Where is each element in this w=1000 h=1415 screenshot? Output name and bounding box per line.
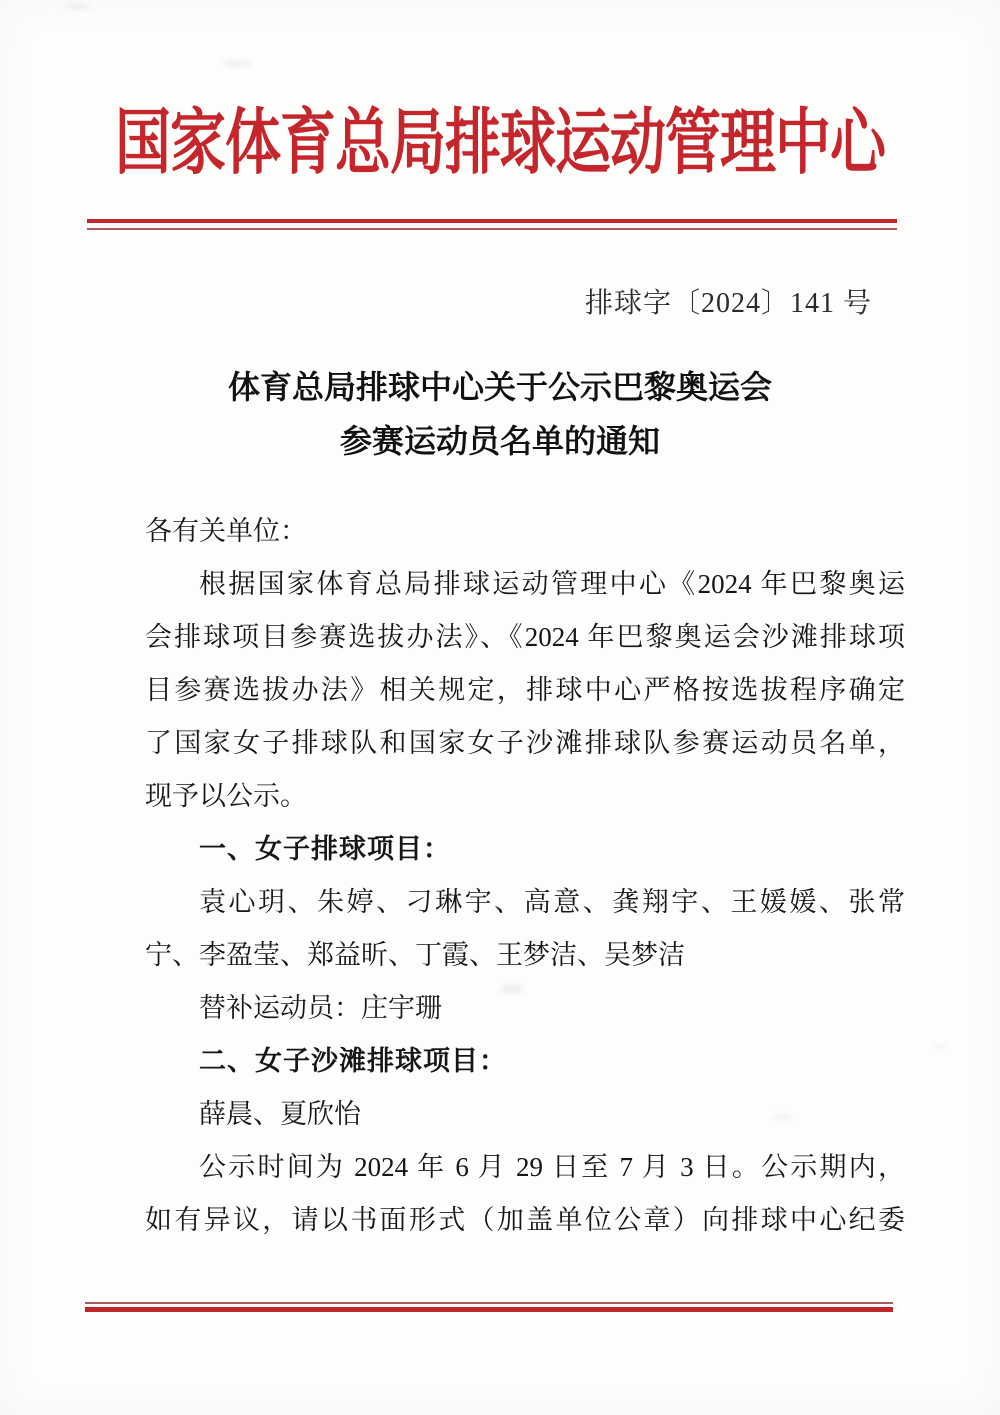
volleyball-names-line-1: 袁心玥、朱婷、刁琳宇、高意、龚翔宇、王媛媛、张常: [145, 876, 905, 929]
scanned-document-page: 国家体育总局排球运动管理中心 排球字〔2024〕141 号 体育总局排球中心关于…: [0, 0, 1000, 1415]
section-2-heading: 二、女子沙滩排球项目：: [145, 1035, 905, 1088]
scan-artifact: [772, 1114, 792, 1121]
notice-period-line-1: 公示时间为 2024 年 6 月 29 日至 7 月 3 日。公示期内，: [145, 1141, 905, 1194]
scan-artifact: [500, 984, 524, 994]
scan-artifact: [64, 4, 90, 9]
letterhead-org-name: 国家体育总局排球运动管理中心: [0, 108, 1000, 180]
volleyball-names-line-2: 宁、李盈莹、郑益昕、丁霞、王梦洁、吴梦洁: [145, 929, 905, 982]
scan-artifact: [222, 60, 252, 67]
header-rule-thin: [87, 228, 897, 230]
doc-title: 体育总局排球中心关于公示巴黎奥运会 参赛运动员名单的通知: [0, 360, 1000, 468]
doc-title-line2: 参赛运动员名单的通知: [0, 414, 1000, 468]
substitute-line: 替补运动员：庄宇珊: [145, 982, 905, 1035]
notice-period-line-2: 如有异议，请以书面形式（加盖单位公章）向排球中心纪委: [145, 1194, 905, 1247]
footer-rule-thin: [85, 1302, 893, 1304]
intro-line-1: 根据国家体育总局排球运动管理中心《2024 年巴黎奥运: [145, 558, 905, 611]
section-1-heading: 一、女子排球项目：: [145, 823, 905, 876]
scan-artifact: [934, 1044, 946, 1050]
footer-rule-thick: [85, 1307, 893, 1312]
doc-title-line1: 体育总局排球中心关于公示巴黎奥运会: [0, 360, 1000, 414]
intro-line-4: 了国家女子排球队和国家女子沙滩排球队参赛运动员名单，: [145, 717, 905, 770]
beach-names-line: 薛晨、夏欣怡: [145, 1088, 905, 1141]
salutation-line: 各有关单位：: [145, 505, 905, 558]
intro-line-3: 目参赛选拔办法》相关规定，排球中心严格按选拔程序确定: [145, 664, 905, 717]
doc-body: 各有关单位： 根据国家体育总局排球运动管理中心《2024 年巴黎奥运 会排球项目…: [145, 505, 905, 1247]
intro-line-5: 现予以公示。: [145, 770, 905, 823]
header-rule-thick: [87, 219, 897, 223]
intro-line-2: 会排球项目参赛选拔办法》、《2024 年巴黎奥运会沙滩排球项: [145, 611, 905, 664]
doc-number: 排球字〔2024〕141 号: [585, 281, 872, 321]
